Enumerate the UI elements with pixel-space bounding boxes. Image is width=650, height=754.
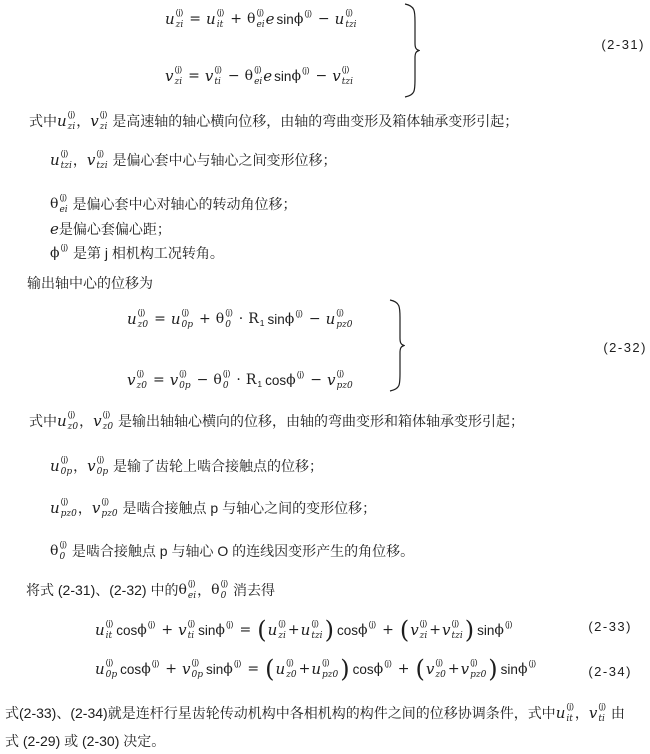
math-var: u(j)z0 bbox=[127, 308, 149, 330]
superscript: (j) bbox=[96, 149, 104, 158]
script-stack: (j) bbox=[148, 620, 156, 629]
superscript: (j) bbox=[61, 149, 69, 158]
subscript: 1 bbox=[257, 380, 262, 389]
math-base: u bbox=[311, 662, 321, 677]
math-var: u(j)0p bbox=[95, 658, 118, 680]
math-var: v(j)ti bbox=[205, 65, 223, 87]
math-var: v(j)z0 bbox=[93, 410, 114, 432]
operator: + bbox=[429, 622, 441, 638]
math-base: ϕ bbox=[137, 623, 147, 637]
script-stack: (j)it bbox=[217, 8, 225, 30]
eq-2-32-row-2: v(j)z0=v(j)0p−θ(j)0·R1cosϕ(j)−v(j)pz0 bbox=[127, 366, 354, 394]
operator: = bbox=[188, 68, 200, 84]
math-var: R1 bbox=[248, 310, 265, 328]
math-var: v(j)tzi bbox=[442, 619, 464, 641]
function-name: sin bbox=[268, 312, 285, 327]
math-base: u bbox=[95, 623, 105, 638]
math-base: ϕ bbox=[215, 623, 225, 637]
superscript: (j) bbox=[152, 659, 160, 668]
superscript: (j) bbox=[336, 308, 344, 317]
paren: ) bbox=[465, 618, 474, 642]
math-base: u bbox=[268, 623, 278, 638]
operator: + bbox=[230, 11, 242, 27]
text-run: 输出轴中心的位移为 bbox=[27, 273, 153, 293]
text-run: 是偏心套偏心距； bbox=[59, 219, 171, 239]
math-base: ϕ bbox=[286, 373, 296, 387]
text-run: 式(2-33)、(2-34)就是连杆行星齿轮传动机构中各相机构的构件之间的位移协… bbox=[5, 703, 556, 723]
math-base: u bbox=[50, 501, 60, 516]
math-base: u bbox=[50, 153, 60, 168]
math-greek: θ(j)0 bbox=[216, 308, 234, 330]
paren: ) bbox=[340, 657, 349, 681]
superscript: (j) bbox=[226, 620, 234, 629]
script-stack: (j) bbox=[152, 659, 160, 668]
math-var: u(j)0p bbox=[171, 308, 194, 330]
superscript: (j) bbox=[225, 308, 233, 317]
script-stack: (j) bbox=[234, 659, 242, 668]
superscript: (j) bbox=[384, 659, 392, 668]
math-base: v bbox=[92, 501, 100, 516]
text-run: 将式 (2-31)、(2-32) 中的 bbox=[26, 580, 178, 600]
function-name: cos bbox=[337, 623, 358, 638]
math-base: v bbox=[442, 623, 450, 638]
math-base: v bbox=[165, 69, 173, 84]
superscript: (j) bbox=[420, 619, 428, 628]
math-base: ϕ bbox=[294, 12, 304, 26]
math-var: u(j)zi bbox=[268, 619, 287, 641]
script-stack: (j)it bbox=[566, 702, 574, 724]
math-base: v bbox=[327, 373, 335, 388]
math-greek: θ(j)0 bbox=[213, 369, 231, 391]
script-stack: (j)0p bbox=[192, 658, 204, 680]
math-base: θ bbox=[245, 69, 253, 83]
operator: − bbox=[228, 68, 240, 84]
script-stack: (j)zi bbox=[68, 110, 76, 132]
operator: + bbox=[199, 311, 211, 327]
superscript: (j) bbox=[179, 369, 187, 378]
superscript: (j) bbox=[106, 619, 114, 628]
script-stack: (j)pz0 bbox=[61, 497, 77, 519]
superscript: (j) bbox=[103, 410, 111, 419]
math-base: v bbox=[93, 414, 101, 429]
superscript: (j) bbox=[188, 579, 196, 588]
eq-2-31-row-2: v(j)zi=v(j)ti−θ(j)eiesinϕ(j)−v(j)tzi bbox=[165, 62, 354, 90]
text-run: ， bbox=[575, 703, 589, 723]
text-run: 是偏心套中心对轴心的转动角位移； bbox=[69, 194, 297, 214]
math-var: v(j)0p bbox=[182, 658, 204, 680]
para-output-shaft: 输出轴中心的位移为 bbox=[27, 269, 153, 297]
text-run: ， bbox=[76, 111, 90, 131]
superscript: (j) bbox=[188, 619, 196, 628]
math-greek: ϕ(j) bbox=[215, 620, 234, 640]
math-greek: ϕ(j) bbox=[374, 659, 393, 679]
script-stack: (j)0p bbox=[182, 308, 194, 330]
math-base: ϕ bbox=[518, 662, 528, 676]
script-stack: (j) bbox=[369, 620, 377, 629]
math-base: e bbox=[266, 12, 275, 27]
math-base: u bbox=[50, 459, 60, 474]
superscript: (j) bbox=[302, 66, 310, 75]
right-brace-icon bbox=[403, 3, 420, 98]
superscript: (j) bbox=[148, 620, 156, 629]
script-stack: (j)0p bbox=[97, 455, 109, 477]
subscript: z0 bbox=[68, 423, 78, 432]
operator: + bbox=[165, 661, 177, 677]
script-stack: (j)tzi bbox=[342, 65, 353, 87]
math-base: u bbox=[57, 114, 67, 129]
text-run: 是啮合接触点 p 与轴心之间的变形位移； bbox=[119, 498, 376, 518]
function-name: sin bbox=[501, 662, 518, 677]
operator: = bbox=[153, 372, 165, 388]
script-stack: 1 bbox=[257, 380, 262, 389]
script-stack: (j)0 bbox=[225, 308, 233, 330]
math-var: v(j)zi bbox=[410, 619, 428, 641]
superscript: (j) bbox=[174, 65, 182, 74]
operator: + bbox=[382, 622, 394, 638]
superscript: (j) bbox=[435, 658, 443, 667]
superscript: (j) bbox=[297, 370, 305, 379]
math-base: e bbox=[263, 69, 272, 84]
subscript: pz0 bbox=[336, 382, 352, 391]
math-base: v bbox=[589, 706, 597, 721]
math-var: v(j)pz0 bbox=[461, 658, 488, 680]
math-base: θ bbox=[213, 373, 221, 387]
subscript: z0 bbox=[435, 671, 445, 680]
math-var: R1 bbox=[246, 371, 263, 389]
operator: + bbox=[288, 622, 300, 638]
math-base: v bbox=[127, 373, 135, 388]
script-stack: (j)tzi bbox=[61, 149, 72, 171]
script-stack: (j) bbox=[295, 309, 303, 318]
math-var: u(j)0p bbox=[50, 455, 73, 477]
operator: = bbox=[154, 311, 166, 327]
math-greek: ϕ(j) bbox=[291, 66, 310, 86]
script-stack: (j)ei bbox=[256, 8, 264, 30]
math-var: u(j)pz0 bbox=[326, 308, 354, 330]
script-stack: (j)ti bbox=[188, 619, 196, 641]
para-u0p-v0p: u(j)0p，v(j)0p 是输了齿轮上啮合接触点的位移； bbox=[50, 452, 323, 480]
subscript: zi bbox=[420, 632, 428, 641]
script-stack: (j) bbox=[302, 66, 310, 75]
math-base: v bbox=[182, 662, 190, 677]
math-greek: θ(j)0 bbox=[50, 540, 68, 562]
function-name: cos bbox=[353, 662, 374, 677]
subscript: pz0 bbox=[61, 510, 77, 519]
math-greek: θ(j)ei bbox=[245, 65, 264, 87]
superscript: (j) bbox=[97, 455, 105, 464]
math-base: u bbox=[335, 12, 345, 27]
script-stack: (j)zi bbox=[174, 65, 182, 87]
script-stack: (j) bbox=[226, 620, 234, 629]
math-var: v(j)0p bbox=[87, 455, 109, 477]
script-stack: (j) bbox=[304, 9, 312, 18]
superscript: (j) bbox=[311, 619, 319, 628]
math-var: v(j)ti bbox=[178, 619, 196, 641]
math-var: v(j)z0 bbox=[127, 369, 148, 391]
subscript: pz0 bbox=[322, 671, 338, 680]
superscript: (j) bbox=[470, 658, 478, 667]
math-var: u(j)zi bbox=[165, 8, 184, 30]
math-base: ϕ bbox=[50, 246, 60, 260]
superscript: (j) bbox=[256, 8, 264, 17]
math-base: u bbox=[57, 414, 67, 429]
script-stack: (j)0 bbox=[223, 369, 231, 391]
para-coordination: 式(2-33)、(2-34)就是连杆行星齿轮传动机构中各相机构的构件之间的位移协… bbox=[5, 699, 625, 727]
math-base: e bbox=[50, 222, 59, 237]
math-base: u bbox=[206, 12, 216, 27]
operator: = bbox=[247, 661, 259, 677]
script-stack: (j)it bbox=[106, 619, 114, 641]
math-base: ϕ bbox=[291, 69, 301, 83]
script-stack: (j)z0 bbox=[68, 410, 78, 432]
eq-2-34: u(j)0pcosϕ(j)+v(j)0psinϕ(j)=(u(j)z0+u(j)… bbox=[95, 655, 537, 683]
math-greek: ϕ(j) bbox=[294, 9, 313, 29]
superscript: (j) bbox=[61, 455, 69, 464]
subscript: 0p bbox=[179, 382, 191, 391]
superscript: (j) bbox=[234, 659, 242, 668]
subscript: 0p bbox=[61, 468, 73, 477]
math-greek: ϕ(j) bbox=[50, 243, 69, 263]
script-stack: (j)zi bbox=[176, 8, 184, 30]
para-phi: ϕ(j) 是第 j 相机构工况转角。 bbox=[50, 239, 224, 267]
superscript: (j) bbox=[528, 659, 536, 668]
superscript: (j) bbox=[278, 619, 286, 628]
equation-number-2-33: (2-33) bbox=[588, 619, 632, 634]
subscript: zi bbox=[100, 123, 108, 132]
eq-2-32-row-1: u(j)z0=u(j)0p+θ(j)0·R1sinϕ(j)−u(j)pz0 bbox=[127, 305, 354, 333]
eq-2-33: u(j)itcosϕ(j)+v(j)tisinϕ(j)=(u(j)zi+u(j)… bbox=[95, 616, 514, 644]
math-var: u(j)z0 bbox=[276, 658, 298, 680]
subscript: 0 bbox=[225, 321, 231, 330]
script-stack: (j)ei bbox=[188, 579, 196, 601]
subscript: 0p bbox=[97, 468, 109, 477]
superscript: (j) bbox=[214, 65, 222, 74]
math-var: v(j)0p bbox=[170, 369, 192, 391]
math-var: u(j)it bbox=[95, 619, 114, 641]
paren: ( bbox=[257, 618, 266, 642]
script-stack: (j)0p bbox=[179, 369, 191, 391]
subscript: ti bbox=[598, 715, 605, 724]
subscript: ei bbox=[254, 78, 262, 87]
math-base: v bbox=[426, 662, 434, 677]
superscript: (j) bbox=[106, 658, 114, 667]
math-var: v(j)z0 bbox=[426, 658, 447, 680]
subscript: 0p bbox=[106, 671, 118, 680]
superscript: (j) bbox=[59, 540, 67, 549]
math-base: ϕ bbox=[285, 312, 295, 326]
math-greek: ϕ(j) bbox=[285, 309, 304, 329]
text-run: 消去得 bbox=[229, 580, 275, 600]
script-stack: (j)0p bbox=[61, 455, 73, 477]
right-brace-icon bbox=[388, 299, 405, 392]
subscript: ei bbox=[59, 206, 67, 215]
subscript: pz0 bbox=[101, 510, 117, 519]
script-stack: (j)0 bbox=[221, 579, 229, 601]
subscript: 0p bbox=[192, 671, 204, 680]
function-name: cos bbox=[116, 623, 137, 638]
math-base: R bbox=[248, 312, 259, 326]
subscript: 0 bbox=[59, 553, 65, 562]
para-uz0-vz0: 式中u(j)z0，v(j)z0 是输出轴轴心横向的位移，由轴的弯曲变形和箱体轴承… bbox=[29, 407, 524, 435]
function-name: cos bbox=[120, 662, 141, 677]
math-base: v bbox=[410, 623, 418, 638]
superscript: (j) bbox=[286, 658, 294, 667]
superscript: (j) bbox=[342, 65, 350, 74]
subscript: ti bbox=[214, 78, 221, 87]
subscript: tzi bbox=[345, 21, 356, 30]
superscript: (j) bbox=[61, 243, 69, 252]
math-greek: θ(j)0 bbox=[211, 579, 229, 601]
para-uzi-vzi: 式中u(j)zi，v(j)zi 是高速轴的轴心横向位移，由轴的弯曲变形及箱体轴承… bbox=[29, 107, 518, 135]
math-greek: ϕ(j) bbox=[137, 620, 156, 640]
math-base: ϕ bbox=[358, 623, 368, 637]
superscript: (j) bbox=[254, 65, 262, 74]
math-greek: ϕ(j) bbox=[223, 659, 242, 679]
superscript: (j) bbox=[452, 619, 460, 628]
math-base: u bbox=[171, 312, 181, 327]
script-stack: (j)zi bbox=[420, 619, 428, 641]
subscript: 0 bbox=[223, 382, 229, 391]
text-run: 是啮合接触点 p 与轴心 O 的连线因变形产生的角位移。 bbox=[68, 541, 414, 561]
text-run: 由 bbox=[607, 703, 625, 723]
subscript: zi bbox=[176, 21, 184, 30]
operator: + bbox=[448, 661, 460, 677]
math-var: e bbox=[266, 12, 275, 27]
script-stack: (j)z0 bbox=[103, 410, 113, 432]
script-stack: (j)zi bbox=[100, 110, 108, 132]
superscript: (j) bbox=[61, 497, 69, 506]
operator: = bbox=[240, 622, 252, 638]
text-run: 式 (2-29) 或 (2-30) 决定。 bbox=[5, 731, 165, 751]
script-stack: (j)0 bbox=[59, 540, 67, 562]
eq-2-31-row-1: u(j)zi=u(j)it+θ(j)eiesinϕ(j)−u(j)tzi bbox=[165, 5, 358, 33]
math-base: ϕ bbox=[223, 662, 233, 676]
math-base: v bbox=[332, 69, 340, 84]
script-stack: (j) bbox=[297, 370, 305, 379]
script-stack: (j) bbox=[61, 243, 69, 252]
math-base: v bbox=[170, 373, 178, 388]
paren: ( bbox=[416, 657, 425, 681]
equation-number-2-32: (2-32) bbox=[603, 340, 647, 355]
superscript: (j) bbox=[566, 702, 574, 711]
script-stack: (j)tzi bbox=[345, 8, 356, 30]
math-greek: ϕ(j) bbox=[358, 620, 377, 640]
operator: + bbox=[398, 661, 410, 677]
math-base: u bbox=[127, 312, 137, 327]
math-base: θ bbox=[247, 12, 255, 26]
subscript: it bbox=[106, 632, 113, 641]
subscript: z0 bbox=[138, 321, 148, 330]
math-greek: θ(j)ei bbox=[178, 579, 197, 601]
subscript: 0 bbox=[221, 592, 227, 601]
script-stack: (j)pz0 bbox=[336, 369, 352, 391]
subscript: ei bbox=[188, 592, 196, 601]
superscript: (j) bbox=[68, 410, 76, 419]
math-greek: θ(j)ei bbox=[247, 8, 266, 30]
subscript: pz0 bbox=[336, 321, 352, 330]
subscript: tzi bbox=[61, 162, 72, 171]
para-utzi-vtzi: u(j)tzi，v(j)tzi 是偏心套中心与轴心之间变形位移； bbox=[50, 146, 337, 174]
math-base: u bbox=[301, 623, 311, 638]
operator: − bbox=[197, 372, 209, 388]
operator: − bbox=[318, 11, 330, 27]
operator: + bbox=[299, 661, 311, 677]
superscript: (j) bbox=[221, 579, 229, 588]
math-base: v bbox=[205, 69, 213, 84]
superscript: (j) bbox=[68, 110, 76, 119]
operator: · bbox=[239, 311, 243, 327]
math-greek: ϕ(j) bbox=[286, 370, 305, 390]
script-stack: (j)tzi bbox=[311, 619, 322, 641]
subscript: tzi bbox=[96, 162, 107, 171]
document-page: (2-31) (2-32) (2-33) (2-34) u(j)zi=u(j)i… bbox=[0, 0, 650, 754]
para-theta-ei: θ(j)ei 是偏心套中心对轴心的转动角位移； bbox=[50, 190, 297, 218]
text-run: 是第 j 相机构工况转角。 bbox=[69, 243, 224, 263]
superscript: (j) bbox=[138, 308, 146, 317]
para-upz0-vpz0: u(j)pz0，v(j)pz0 是啮合接触点 p 与轴心之间的变形位移； bbox=[50, 494, 376, 522]
math-var: v(j)zi bbox=[90, 110, 108, 132]
operator: − bbox=[316, 68, 328, 84]
equation-number-2-34: (2-34) bbox=[588, 664, 632, 679]
script-stack: (j)z0 bbox=[138, 308, 148, 330]
operator: · bbox=[236, 372, 240, 388]
para-determined: 式 (2-29) 或 (2-30) 决定。 bbox=[5, 727, 165, 754]
text-run: 是输了齿轮上啮合接触点的位移； bbox=[109, 456, 323, 476]
math-base: v bbox=[87, 153, 95, 168]
math-base: u bbox=[326, 312, 336, 327]
subscript: pz0 bbox=[470, 671, 486, 680]
subscript: it bbox=[217, 21, 224, 30]
script-stack: (j)pz0 bbox=[336, 308, 352, 330]
script-stack: (j)pz0 bbox=[322, 658, 338, 680]
script-stack: (j) bbox=[384, 659, 392, 668]
math-var: u(j)pz0 bbox=[50, 497, 78, 519]
math-base: v bbox=[87, 459, 95, 474]
para-eliminate: 将式 (2-31)、(2-32) 中的θ(j)ei，θ(j)0 消去得 bbox=[26, 576, 275, 604]
math-base: ϕ bbox=[374, 662, 384, 676]
function-name: cos bbox=[265, 373, 286, 388]
text-run: ， bbox=[73, 150, 87, 170]
paren: ( bbox=[265, 657, 274, 681]
operator: − bbox=[309, 311, 321, 327]
script-stack: (j)zi bbox=[278, 619, 286, 641]
text-run: 是输出轴轴心横向的位移，由轴的弯曲变形和箱体轴承变形引起； bbox=[114, 411, 524, 431]
script-stack: 1 bbox=[260, 319, 265, 328]
function-name: sin bbox=[198, 623, 215, 638]
text-run: ， bbox=[73, 456, 87, 476]
script-stack: (j)ti bbox=[598, 702, 606, 724]
math-var: v(j)pz0 bbox=[327, 369, 354, 391]
script-stack: (j) bbox=[505, 620, 513, 629]
superscript: (j) bbox=[369, 620, 377, 629]
superscript: (j) bbox=[217, 8, 225, 17]
paren: ) bbox=[488, 657, 497, 681]
para-theta-0: θ(j)0 是啮合接触点 p 与轴心 O 的连线因变形产生的角位移。 bbox=[50, 537, 414, 565]
math-greek: ϕ(j) bbox=[141, 659, 160, 679]
subscript: z0 bbox=[136, 382, 146, 391]
paren: ( bbox=[400, 618, 409, 642]
script-stack: (j)pz0 bbox=[101, 497, 117, 519]
script-stack: (j)pz0 bbox=[470, 658, 486, 680]
math-var: u(j)tzi bbox=[335, 8, 358, 30]
text-run: 是高速轴的轴心横向位移，由轴的弯曲变形及箱体轴承变形引起； bbox=[108, 111, 518, 131]
subscript: tzi bbox=[342, 78, 353, 87]
math-var: u(j)tzi bbox=[301, 619, 324, 641]
paren: ) bbox=[325, 618, 334, 642]
math-base: ϕ bbox=[494, 623, 504, 637]
subscript: tzi bbox=[311, 632, 322, 641]
subscript: z0 bbox=[286, 671, 296, 680]
